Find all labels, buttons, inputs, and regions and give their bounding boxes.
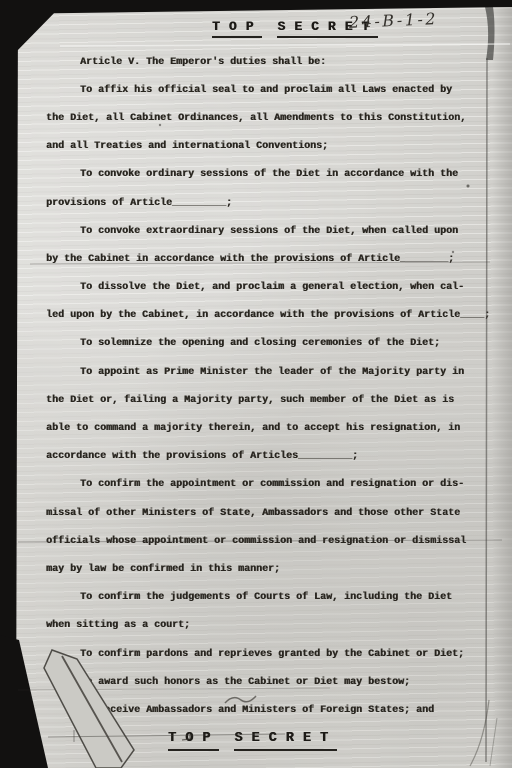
document-line: To confirm the appointment or commission… [46,471,508,499]
document-line: by the Cabinet in accordance with the pr… [46,245,508,273]
classification-word: SECRET [234,731,337,751]
classification-word: TOP [212,19,262,38]
document-line: To solemnize the opening and closing cer… [46,330,508,358]
scanned-document-page: TOP SECRET 24-B-1-2 Article V. The Emper… [0,0,512,768]
classification-word: TOP [168,731,219,751]
document-body: Article V. The Emperor's duties shall be… [46,48,508,725]
document-line: Article V. The Emperor's duties shall be… [46,48,508,76]
document-line: To dissolve the Diet, and proclaim a gen… [46,274,508,302]
handwritten-annotation: 24-B-1-2 [349,9,439,32]
document-line: officials whose appointment or commissio… [46,527,508,555]
top-secret-stamp-bottom: TOP SECRET [168,731,337,751]
document-line: To convoke ordinary sessions of the Diet… [46,161,508,189]
document-line: To convoke extraordinary sessions of the… [46,217,508,245]
document-line: To award such honors as the Cabinet or D… [46,668,508,696]
document-line: To receive Ambassadors and Ministers of … [46,696,508,724]
document-line: accordance with the provisions of Articl… [46,443,508,471]
document-line: and all Treaties and international Conve… [46,133,508,161]
document-line: the Diet, all Cabinet Ordinances, all Am… [46,104,508,132]
document-line: To confirm the judgements of Courts of L… [46,584,508,612]
document-line: To confirm pardons and reprieves granted… [46,640,508,668]
document-line: To appoint as Prime Minister the leader … [46,358,508,386]
document-line: able to command a majority therein, and … [46,414,508,442]
document-line: may by law be confirmed in this manner; [46,555,508,583]
document-line: led upon by the Cabinet, in accordance w… [46,302,508,330]
document-line: provisions of Article_________; [46,189,508,217]
document-line: the Diet or, failing a Majority party, s… [46,386,508,414]
document-line: when sitting as a court; [46,612,508,640]
document-line: To affix his official seal to and procla… [46,76,508,104]
document-line: missal of other Ministers of State, Amba… [46,499,508,527]
